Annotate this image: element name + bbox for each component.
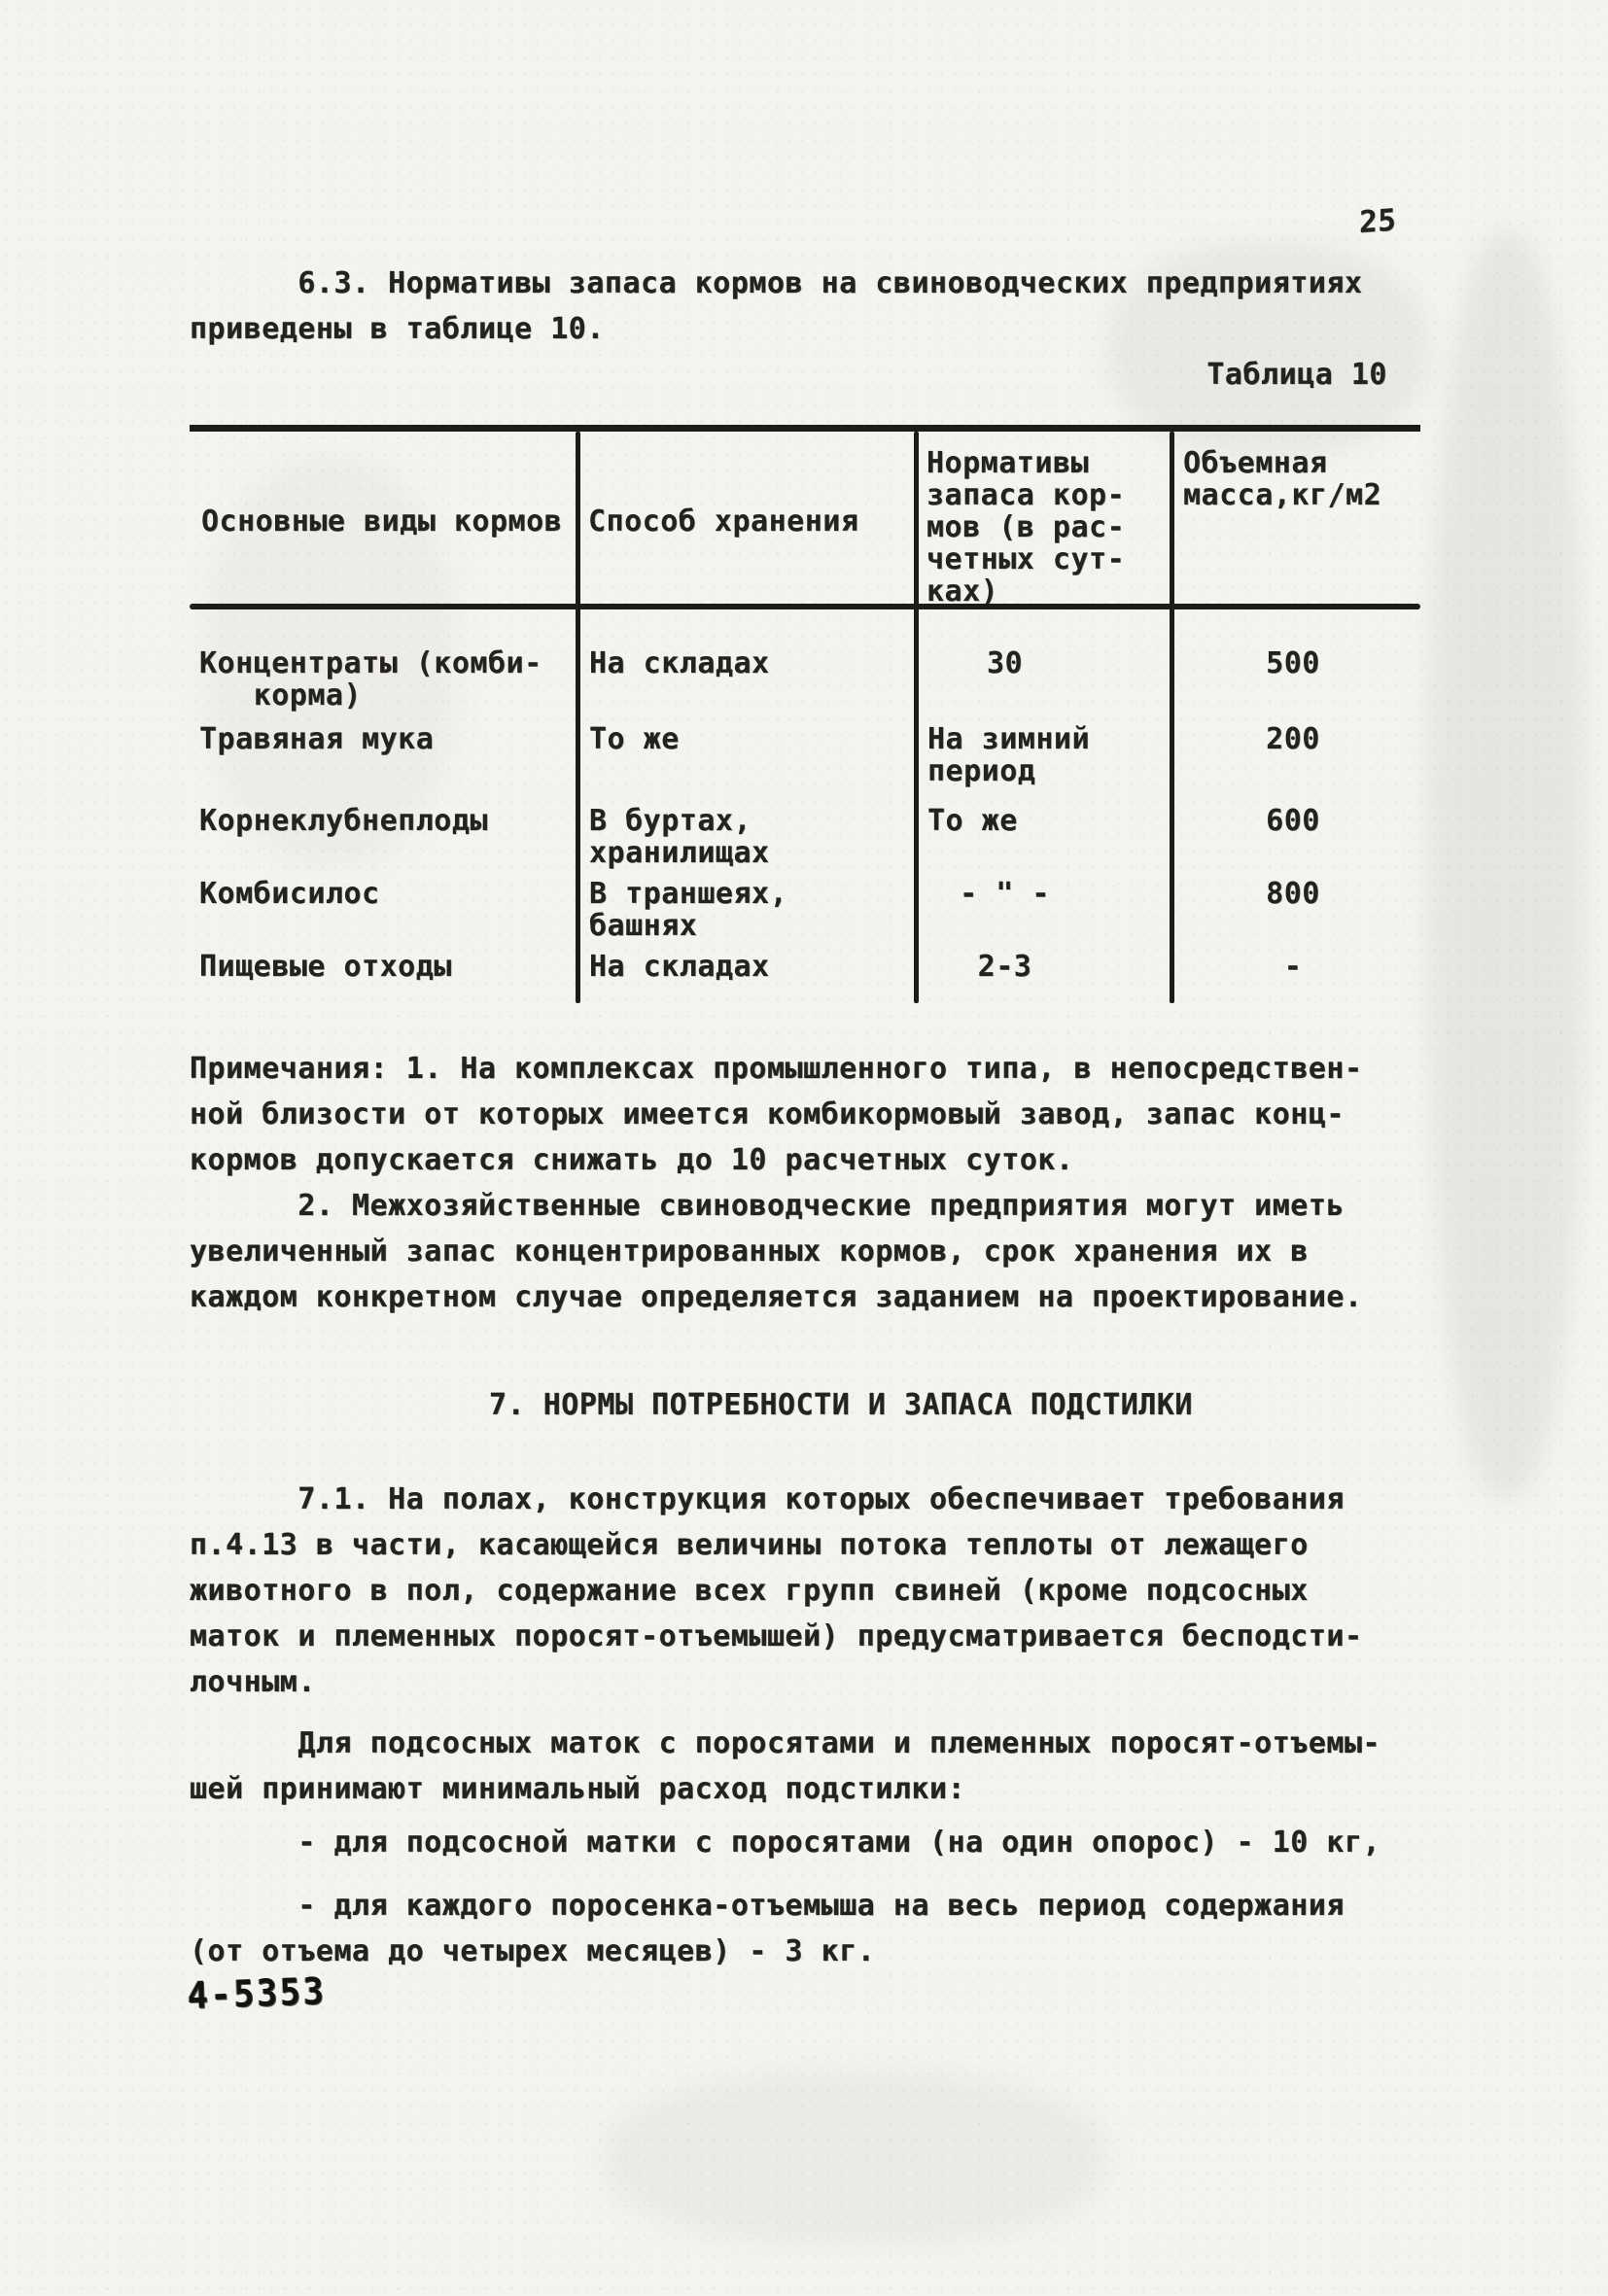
column-header-stock-norm: Нормативы запаса кор- мов (в рас- четных… [926,447,1125,608]
cell-norm: То же [914,805,1170,869]
table-row: Травяная мука То же На зимний период 200 [190,723,1420,787]
cell-feed: Комбисилос [190,878,576,942]
scan-artifact [1429,233,1585,1497]
cell-feed: Корнеклубнеплоды [190,805,576,869]
bullet-sow-with-piglets: - для подсосной матки с поросятами (на о… [190,1820,1434,1865]
cell-feed: Концентраты (комби- корма) [190,647,576,712]
cell-mass: 500 [1170,647,1420,712]
bullet-weaned-piglet: - для каждого поросенка-отъемыша на весь… [190,1883,1434,1974]
paragraph-6-3: 6.3. Нормативы запаса кормов на свиновод… [190,261,1434,352]
scanned-document-page: 25 6.3. Нормативы запаса кормов на свино… [0,0,1608,2296]
cell-norm-ditto: - " - [914,878,1170,942]
feed-storage-norms-table: Основные виды кормов Способ хранения Нор… [190,425,1420,1003]
column-header-feed-types: Основные виды кормов [201,505,562,538]
section-7-heading: 7. НОРМЫ ПОТРЕБНОСТИ И ЗАПАСА ПОДСТИЛКИ [190,1382,1434,1428]
print-order-mark: 4-5353 [187,1964,474,2019]
table-row: Корнеклубнеплоды В буртах, хранилищах То… [190,805,1420,869]
column-header-storage-method: Способ хранения [588,505,858,538]
paragraph-7-1: 7.1. На полах, конструкция которых обесп… [190,1477,1434,1705]
cell-norm: 30 [914,647,1170,712]
cell-storage: На складах [576,951,914,983]
cell-norm: 2-3 [914,951,1170,983]
table-caption: Таблица 10 [190,352,1434,398]
cell-norm: На зимний период [914,723,1170,787]
cell-mass: - [1170,951,1420,983]
cell-storage: На складах [576,647,914,712]
table-row: Концентраты (комби- корма) На складах 30… [190,647,1420,712]
table-row: Комбисилос В траншеях, башнях - " - 800 [190,878,1420,942]
table-header-rule [190,604,1420,609]
scan-artifact [603,2070,1108,2245]
cell-mass: 800 [1170,878,1420,942]
notes-paragraph: Примечания: 1. На комплексах промышленно… [190,1046,1434,1320]
column-header-bulk-mass: Объемная масса,кг/м2 [1183,447,1381,511]
cell-feed: Пищевые отходы [190,951,576,983]
paragraph-bedding-consumption: Для подсосных маток с поросятами и племе… [190,1721,1434,1812]
cell-storage: То же [576,723,914,787]
cell-mass: 200 [1170,723,1420,787]
page-number: 25 [1359,194,1447,246]
table-row: Пищевые отходы На складах 2-3 - [190,951,1420,983]
cell-mass: 600 [1170,805,1420,869]
cell-feed: Травяная мука [190,723,576,787]
cell-storage: В буртах, хранилищах [576,805,914,869]
cell-storage: В траншеях, башнях [576,878,914,942]
